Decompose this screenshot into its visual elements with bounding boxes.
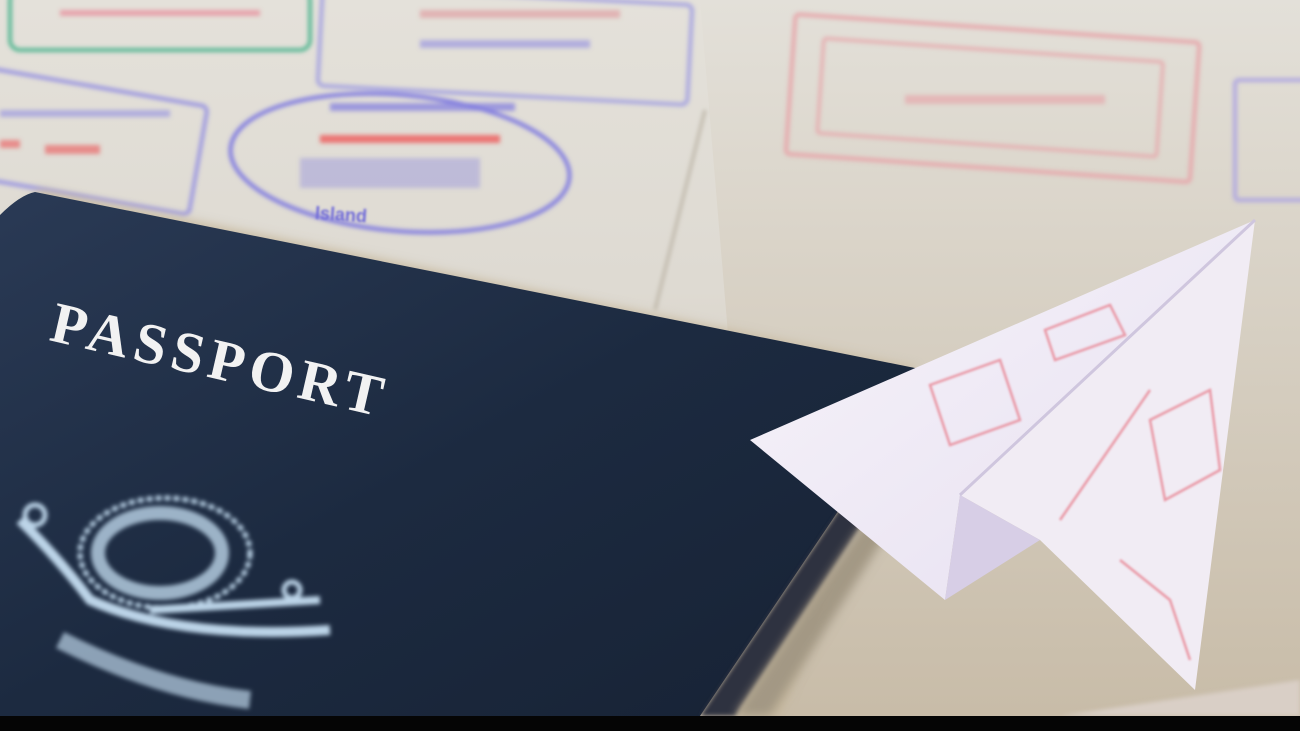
photo-scene: Island PASSPORT	[0, 0, 1300, 716]
stamp-blue-left	[0, 67, 208, 215]
letterbox-bar	[0, 716, 1300, 731]
stamp-green	[10, 0, 310, 50]
stamp-oval-label: Island	[314, 203, 367, 227]
photo-illustration: Island PASSPORT	[0, 0, 1300, 716]
page-gutter	[655, 110, 705, 310]
